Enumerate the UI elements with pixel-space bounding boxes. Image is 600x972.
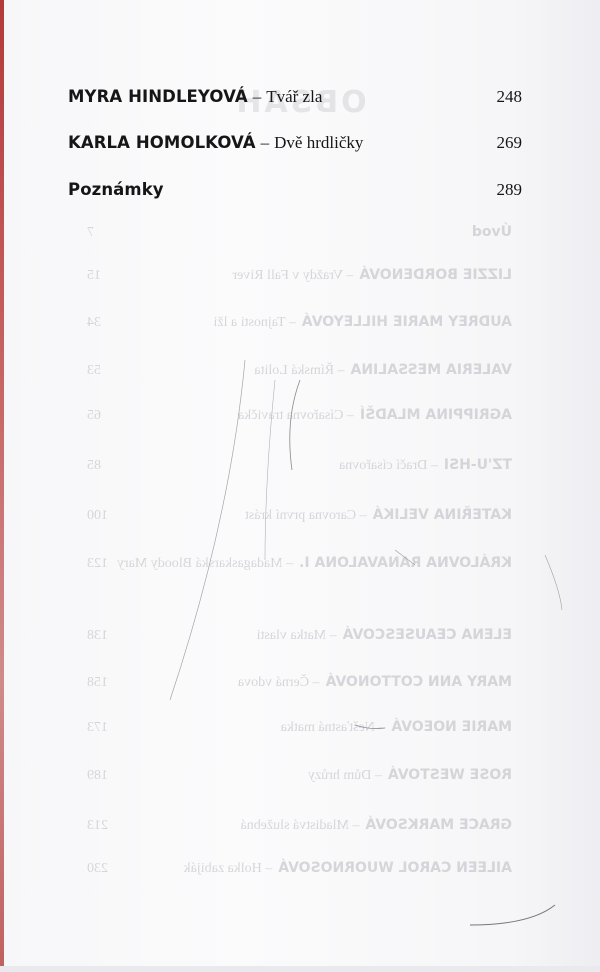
toc-entry-notes: Poznámky 289 — [68, 180, 522, 200]
book-page: OBSAH Úvod7LIZZIE BORDENOVÁ– Vraždy v Fa… — [0, 0, 600, 972]
toc-entry-name: KARLA HOMOLKOVÁ — [68, 133, 256, 152]
toc-entry-subtitle: Dvě hrdličky — [274, 133, 363, 153]
toc-entry-page: 289 — [497, 180, 523, 200]
toc-entry-page: 248 — [497, 87, 523, 107]
toc-entry-subtitle: Tvář zla — [266, 87, 322, 107]
toc-entry: KARLA HOMOLKOVÁ – Dvě hrdličky 269 — [68, 133, 522, 153]
page-bottom-edge — [0, 966, 600, 972]
toc-entry-name: Poznámky — [68, 180, 164, 199]
toc-entry-separator: – — [261, 133, 270, 153]
toc-entry-name: MYRA HINDLEYOVÁ — [68, 87, 248, 106]
toc-entry-separator: – — [253, 87, 262, 107]
toc-entry-page: 269 — [497, 133, 523, 153]
toc-entry: MYRA HINDLEYOVÁ – Tvář zla 248 — [68, 87, 522, 107]
